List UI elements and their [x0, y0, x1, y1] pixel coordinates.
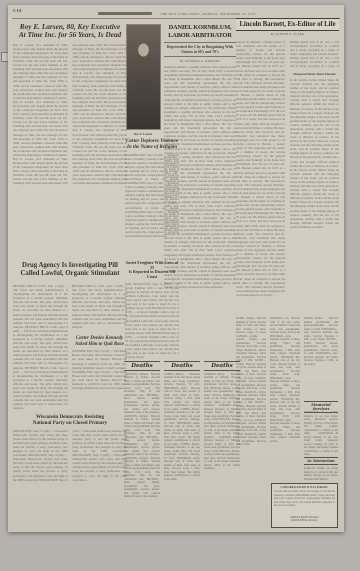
article-drug-agency: Drug Agency Is Investigating Pill Called…: [13, 262, 127, 278]
deaths-column-text: COHEN—Morris. Cherished husband of the l…: [164, 373, 200, 529]
boxed-notice-title: CONGREGATION B'NAI ISRAEL: [274, 486, 335, 489]
larsen-body: Roy E. Larsen, vice chairman of Time Inc…: [13, 43, 127, 258]
drug-body-col2: BEVERLY HILLS, Calif., Sept. 9 (AP) — Th…: [72, 284, 127, 332]
deaths-column: Deaths COHEN—Morris. Cherished husband o…: [164, 361, 200, 529]
barnett-body-col2-bottom: In his articles in the United States he …: [290, 78, 339, 306]
kornblum-headline-line1: DANIEL KORNBLUM,: [164, 24, 236, 32]
carter-deplores-headline-line1: Carter Deplores Violence: [125, 139, 179, 145]
portrait-photo: [126, 24, 161, 130]
article-wisconsin: Wisconsin Democrats Resisting National P…: [13, 415, 127, 524]
carter-denies-body: WASHINGTON, Sept. 9 (AP) — The White Hou…: [72, 349, 127, 409]
drug-headline-line1: Drug Agency Is Investigating Pill: [13, 262, 127, 270]
carter-deplores-headline-line2: In the Name of Religion: [125, 145, 179, 151]
page-number: C16: [13, 8, 22, 13]
boxed-notice-text: records with profound sorrow the passing…: [274, 490, 335, 516]
notices-right-col3: ROSEN—Esther. Beloved mother, grandmothe…: [304, 317, 338, 399]
drug-headline-line2: Called Lawful, Organic Stimulant: [13, 270, 127, 278]
in-memoriam-header: In Memoriam: [304, 457, 338, 465]
freighter-headline-line2: Is Reported in Distress Off Coast: [125, 270, 179, 279]
larsen-photo-block: Roy E. Larsen: [126, 24, 160, 136]
masthead: THE NEW YORK TIMES, MONDAY, SEPTEMBER 10…: [128, 12, 288, 16]
carter-denies-headline-line2: Asked Him to Quit Race: [72, 342, 127, 348]
boxed-death-notice: CONGREGATION B'NAI ISRAEL records with p…: [271, 483, 338, 528]
deaths-column-text: ARONSON—Samuel. Beloved husband of Esthe…: [124, 373, 160, 529]
notices-right-col2: NEWMAN—Ida. Beloved wife of the late Lou…: [270, 317, 300, 477]
photo-caption: Roy E. Larsen: [126, 132, 160, 136]
in-memoriam-text: KAPLAN—Esther. In loving memory of a dev…: [304, 467, 338, 481]
drug-body-col1: BEVERLY HILLS, Calif., Sept. 9 (AP) — Th…: [13, 284, 68, 412]
kornblum-byline: By ALFONSO A. NARVAEZ: [164, 59, 236, 63]
barnett-subhead: Disagreed Much About Einstein: [290, 72, 339, 76]
article-soviet-freighter: Soviet Freighter With Crew of 25 Is Repo…: [125, 261, 179, 364]
larsen-headline-line2: At Time Inc. for 56 Years, Is Dead: [13, 31, 127, 39]
newspaper-page: C16 THE NEW YORK TIMES, MONDAY, SEPTEMBE…: [8, 5, 344, 532]
deaths-column-text: GORDON—Harry. Beloved husband of Miriam,…: [204, 373, 240, 529]
barnett-byline: By ALFRED E. CLARK: [236, 32, 339, 36]
carter-deplores-body: WASHINGTON, Sept. 9 (AP) — President Car…: [125, 153, 179, 255]
freighter-body: SAN FRANCISCO, Sept. 9 (UPI) — A Soviet …: [125, 282, 179, 364]
kornblum-headline-line2: LABOR ARBITRATOR: [164, 32, 236, 40]
article-carter-deplores: Carter Deplores Violence In the Name of …: [125, 139, 179, 255]
wisconsin-body: MILWAUKEE, Sept. 9 (AP) — Wisconsin Demo…: [13, 429, 127, 524]
article-larsen: Roy E. Larsen, 80, Key Executive At Time…: [13, 23, 127, 258]
barnett-headline: Lincoln Barnett, Ex-Editor of Life: [236, 18, 339, 31]
boxed-notice-sign2: DAVID WEISS, Secretary: [274, 519, 335, 522]
wisconsin-headline-line2: National Party on Closed Primary: [13, 421, 127, 427]
notices-right-col1: KLEIN—Nathan. Beloved husband of Sylvia,…: [236, 317, 266, 528]
scanned-newspaper-view: C16 THE NEW YORK TIMES, MONDAY, SEPTEMBE…: [0, 0, 360, 571]
deaths-header: Deaths: [124, 361, 160, 371]
kornblum-subhead: Represented the City in Bargaining With …: [164, 42, 236, 57]
deaths-column: Deaths ARONSON—Samuel. Beloved husband o…: [124, 361, 160, 529]
deaths-column: Deaths GORDON—Harry. Beloved husband of …: [204, 361, 240, 529]
deaths-header: Deaths: [164, 361, 200, 371]
barnett-body-col2-top: During World War II he was a war corresp…: [290, 40, 339, 70]
deaths-notices-block: Deaths ARONSON—Samuel. Beloved husband o…: [124, 361, 240, 529]
carter-denies-headline-line1: Carter Denies Kennedy: [72, 336, 127, 342]
article-carter-denies: Carter Denies Kennedy Asked Him to Quit …: [72, 336, 127, 409]
deaths-header: Deaths: [204, 361, 240, 371]
barnett-body-col1: Lincoln K. Barnett, a former editor of L…: [236, 40, 285, 312]
memorial-services-text: GROSSMAN—In loving memory of our dear fa…: [304, 411, 338, 455]
barnett-body-col2: During World War II he was a war corresp…: [290, 40, 339, 306]
